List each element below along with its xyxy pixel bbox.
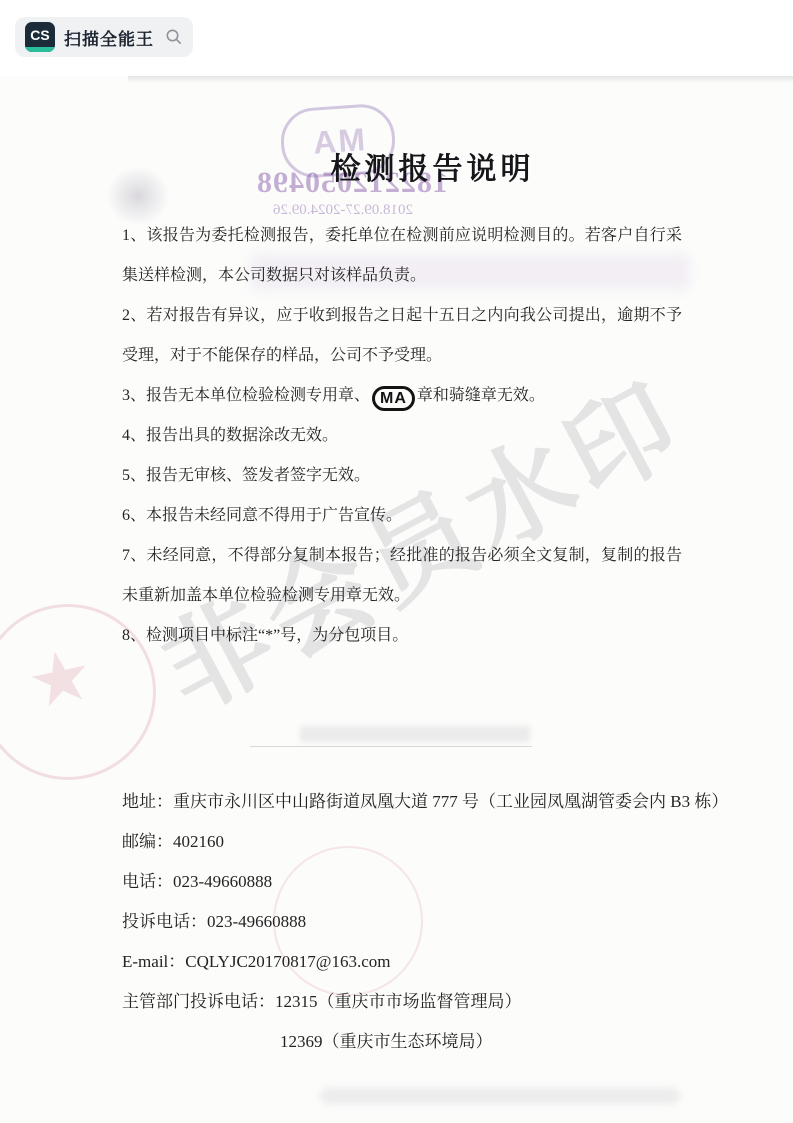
notice-item-3-pre: 3、报告无本单位检验检测专用章、 (122, 387, 370, 404)
app-title-pill[interactable]: CS 扫描全能王 (15, 17, 193, 57)
search-icon[interactable] (165, 28, 183, 46)
complaint-phone-line: 投诉电话：023-49660888 (122, 902, 770, 942)
stamp-star-icon: ★ (20, 630, 101, 726)
page-top-edge-shadow (128, 76, 793, 83)
notice-item-6: 6、本报告未经同意不得用于广告宣传。 (122, 496, 682, 536)
notice-item-5: 5、报告无审核、签发者签字无效。 (122, 456, 682, 496)
scanned-document-page[interactable]: MA 182212050498 2018.09.27-2024.09.26 非会… (0, 76, 793, 1123)
cma-mark-icon: MA (372, 386, 415, 411)
gray-text-showthrough-band (300, 726, 530, 742)
logo-accent-bar (25, 47, 55, 52)
bottom-edge-smudge (320, 1088, 680, 1104)
notice-item-2: 2、若对报告有异议，应于收到报告之日起十五日之内向我公司提出，逾期不予受理，对于… (122, 296, 682, 376)
notice-item-3-post: 章和骑缝章无效。 (417, 387, 545, 404)
showthrough-underline (250, 746, 532, 747)
notice-item-8: 8、检测项目中标注“*”号，为分包项目。 (122, 616, 682, 656)
contact-block: 地址：重庆市永川区中山路街道凤凰大道 777 号（工业园凤凰湖管委会内 B3 栋… (122, 782, 770, 1062)
camscanner-logo-text: CS (30, 27, 49, 43)
email-line: E-mail：CQLYJC20170817@163.com (122, 942, 770, 982)
app-name-label: 扫描全能王 (64, 25, 154, 50)
postcode-line: 邮编：402160 (122, 822, 770, 862)
authority-line-2: 12369（重庆市生态环境局） (122, 1022, 770, 1062)
app-header: CS 扫描全能王 (0, 0, 793, 76)
notice-item-7: 7、未经同意，不得部分复制本报告；经批准的报告必须全文复制，复制的报告未重新加盖… (122, 536, 682, 616)
phone-line: 电话：023-49660888 (122, 862, 770, 902)
notice-item-4: 4、报告出具的数据涂改无效。 (122, 416, 682, 456)
camscanner-logo-icon: CS (25, 22, 55, 52)
document-title: 检测报告说明 (36, 144, 793, 188)
notice-item-1: 1、该报告为委托检测报告，委托单位在检测前应说明检测目的。若客户自行采集送样检测… (122, 216, 682, 296)
address-line: 地址：重庆市永川区中山路街道凤凰大道 777 号（工业园凤凰湖管委会内 B3 栋… (122, 782, 770, 822)
notice-item-3: 3、报告无本单位检验检测专用章、MA章和骑缝章无效。 (122, 376, 682, 416)
authority-line-1: 主管部门投诉电话：12315（重庆市市场监督管理局） (122, 982, 770, 1022)
notice-items: 1、该报告为委托检测报告，委托单位在检测前应说明检测目的。若客户自行采集送样检测… (122, 216, 682, 656)
cma-mark-text: MA (380, 390, 407, 407)
